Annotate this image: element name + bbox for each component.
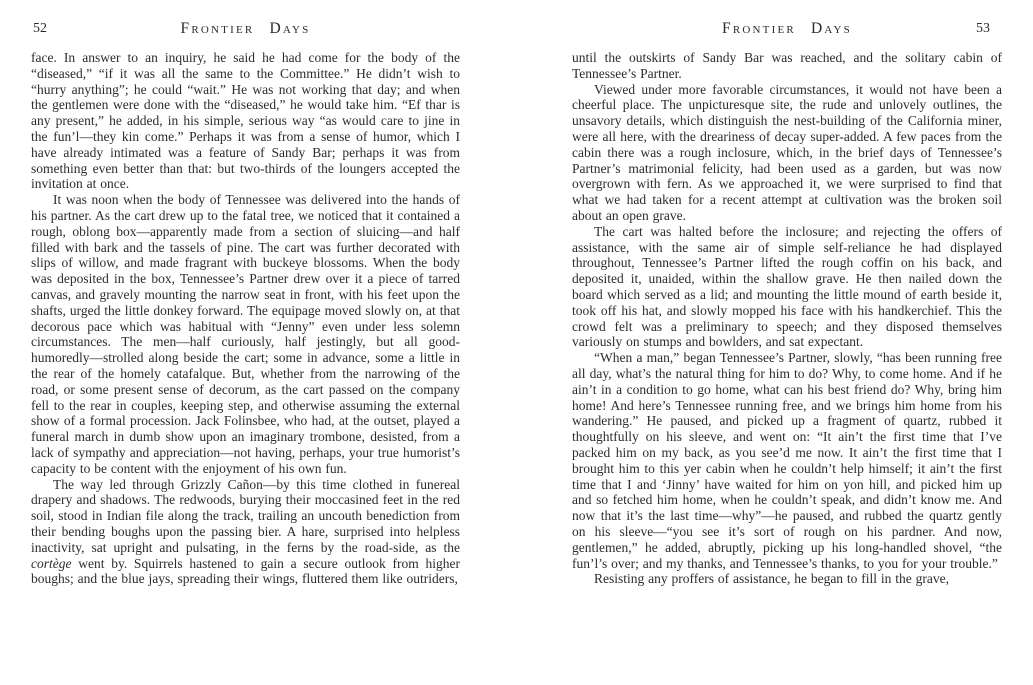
- page-number-right: 53: [976, 21, 990, 37]
- paragraph: It was noon when the body of Tennessee w…: [31, 192, 460, 476]
- paragraph-segment-italic: cortège: [31, 556, 71, 571]
- paragraph-continuation: face. In answer to an inquiry, he said h…: [31, 50, 460, 192]
- paragraph-segment: The way led through Grizzly Cañon—by thi…: [31, 477, 460, 555]
- paragraph: Viewed under more favorable circumstance…: [572, 82, 1002, 224]
- page-right: Frontier Days 53 until the outskirts of …: [572, 20, 1002, 670]
- page-body-left: face. In answer to an inquiry, he said h…: [31, 50, 460, 587]
- book-spread: 52 Frontier Days face. In answer to an i…: [0, 0, 1033, 685]
- paragraph: The way led through Grizzly Cañon—by thi…: [31, 477, 460, 588]
- paragraph: “When a man,” began Tennessee’s Partner,…: [572, 350, 1002, 571]
- paragraph: Resisting any proffers of assistance, he…: [572, 571, 1002, 587]
- paragraph: The cart was halted before the inclosure…: [572, 224, 1002, 350]
- running-title-right: Frontier Days: [572, 20, 1002, 38]
- page-body-right: until the outskirts of Sandy Bar was rea…: [572, 50, 1002, 587]
- page-number-left: 52: [33, 21, 47, 37]
- paragraph-continuation: until the outskirts of Sandy Bar was rea…: [572, 50, 1002, 82]
- paragraph-segment: went by. Squirrels hastened to gain a se…: [31, 556, 460, 587]
- page-header-right: Frontier Days 53: [572, 20, 1002, 38]
- page-header-left: 52 Frontier Days: [31, 20, 460, 38]
- running-title-left: Frontier Days: [31, 20, 460, 38]
- page-left: 52 Frontier Days face. In answer to an i…: [31, 20, 460, 670]
